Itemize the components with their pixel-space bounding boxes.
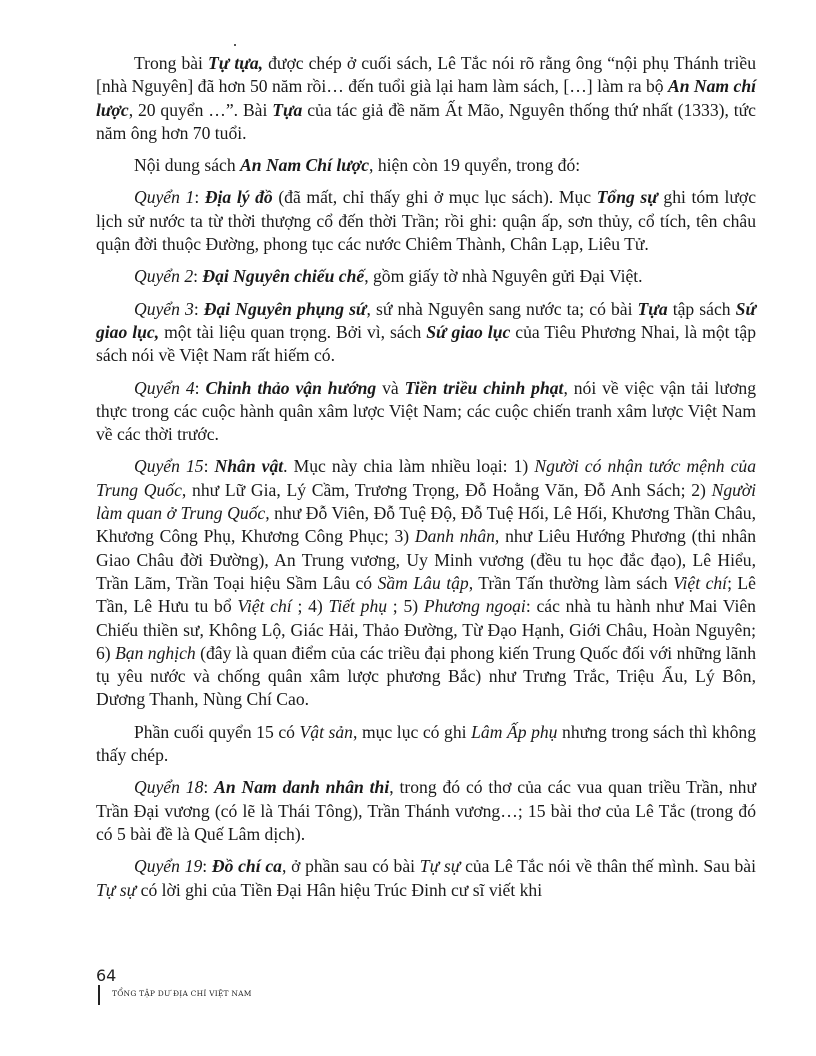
paragraph-quyen-19: Quyển 19: Đồ chí ca, ở phần sau có bài T… [96, 855, 756, 902]
volume-title: Địa lý đồ [205, 187, 273, 207]
paragraph-quyen-1: Quyển 1: Địa lý đồ (đã mất, chỉ thấy ghi… [96, 186, 756, 256]
text-run: , Trần Tấn thường làm sách [469, 573, 673, 593]
text-run: , hiện còn 19 quyển, trong đó: [369, 155, 580, 175]
book-title-tua: Tựa [272, 100, 302, 120]
text-run: có lời ghi của Tiền Đại Hân hiệu Trúc Đi… [136, 880, 542, 900]
text-run: Trong bài [134, 53, 208, 73]
text-run: , gồm giấy tờ nhà Nguyên gửi Đại Việt. [364, 266, 642, 286]
book-title-tu-tua: Tự tựa, [208, 53, 263, 73]
page-number: 64 [96, 968, 116, 984]
page-body: Trong bài Tự tựa, được chép ở cuối sách,… [96, 52, 756, 911]
text-run: : [204, 456, 215, 476]
text-run: (đây là quan điểm của các triều đại phon… [96, 643, 756, 710]
text-run: : [194, 187, 205, 207]
text-run: Phần cuối quyển 15 có [134, 722, 300, 742]
text-run: (đã mất, chỉ thấy ghi ở mục lục sách). M… [273, 187, 597, 207]
section-title: Lâm Ấp phụ [471, 722, 557, 742]
book-title: Tự sự [96, 880, 136, 900]
running-title: TỔNG TẬP DƯ ĐỊA CHÍ VIỆT NAM [112, 989, 252, 998]
volume-label: Quyển 18 [134, 777, 203, 797]
paragraph-phan-cuoi: Phần cuối quyển 15 có Vật sản, mục lục c… [96, 721, 756, 768]
text-run: : [203, 777, 214, 797]
volume-label: Quyển 4 [134, 378, 195, 398]
category-label: Bạn nghịch [115, 643, 196, 663]
volume-label: Quyển 15 [134, 456, 204, 476]
text-run: , sứ nhà Nguyên sang nước ta; có bài [366, 299, 637, 319]
text-run: . Mục này chia làm nhiều loại: 1) [283, 456, 534, 476]
text-run: và [376, 378, 404, 398]
text-run: , 20 quyển …”. Bài [129, 100, 273, 120]
page-footer: 64 TỔNG TẬP DƯ ĐỊA CHÍ VIỆT NAM [96, 968, 116, 984]
paragraph-quyen-4: Quyển 4: Chinh thảo vận hướng và Tiền tr… [96, 377, 756, 447]
book-title: Sầm Lâu tập [378, 573, 469, 593]
volume-title: An Nam danh nhân thi [214, 777, 389, 797]
category-label: Tiết phụ [329, 596, 388, 616]
book-title: Việt chí [237, 596, 291, 616]
text-run: Nội dung sách [134, 155, 240, 175]
volume-title: Nhân vật [215, 456, 284, 476]
text-run: ; 5) [387, 596, 424, 616]
text-run: : [202, 856, 212, 876]
paragraph-quyen-2: Quyển 2: Đại Nguyên chiếu chế, gồm giấy … [96, 265, 756, 288]
volume-title: Chinh thảo vận hướng [205, 378, 376, 398]
volume-label: Quyển 19 [134, 856, 202, 876]
book-title: Sứ giao lục [426, 322, 510, 342]
text-run: : [194, 299, 204, 319]
scan-speck [234, 44, 236, 46]
text-run: , ở phần sau có bài [282, 856, 420, 876]
text-run: tập sách [668, 299, 736, 319]
category-label: Danh nhân, [415, 526, 499, 546]
paragraph-quyen-18: Quyển 18: An Nam danh nhân thi, trong đó… [96, 776, 756, 846]
volume-title: Đại Nguyên phụng sứ [204, 299, 367, 319]
text-run: , mục lục có ghi [353, 722, 471, 742]
volume-title: Tiền triều chinh phạt [405, 378, 564, 398]
book-title: Việt chí [673, 573, 727, 593]
volume-title: Đồ chí ca [212, 856, 282, 876]
text-run: ; 4) [292, 596, 329, 616]
text-run: : [195, 378, 206, 398]
volume-label: Quyển 2 [134, 266, 193, 286]
paragraph-noi-dung: Nội dung sách An Nam Chí lược, hiện còn … [96, 154, 756, 177]
paragraph-tu-tua: Trong bài Tự tựa, được chép ở cuối sách,… [96, 52, 756, 145]
volume-label: Quyển 3 [134, 299, 194, 319]
category-label: Phương ngoại [424, 596, 526, 616]
paragraph-quyen-3: Quyển 3: Đại Nguyên phụng sứ, sứ nhà Ngu… [96, 298, 756, 368]
paragraph-quyen-15: Quyển 15: Nhân vật. Mục này chia làm nhi… [96, 455, 756, 711]
book-title: An Nam Chí lược [240, 155, 369, 175]
text-run: , như Lữ Gia, Lý Cầm, Trương Trọng, Đỗ H… [182, 480, 712, 500]
section-title: Vật sản [300, 722, 353, 742]
volume-label: Quyển 1 [134, 187, 194, 207]
text-run: một tài liệu quan trọng. Bởi vì, sách [159, 322, 426, 342]
text-run: của Lê Tắc nói về thân thế mình. Sau bài [460, 856, 756, 876]
volume-title: Đại Nguyên chiếu chế [202, 266, 364, 286]
book-title: Tựa [638, 299, 668, 319]
book-title: Tự sự [420, 856, 461, 876]
section-title: Tổng sự [597, 187, 658, 207]
footer-rule [98, 985, 100, 1005]
